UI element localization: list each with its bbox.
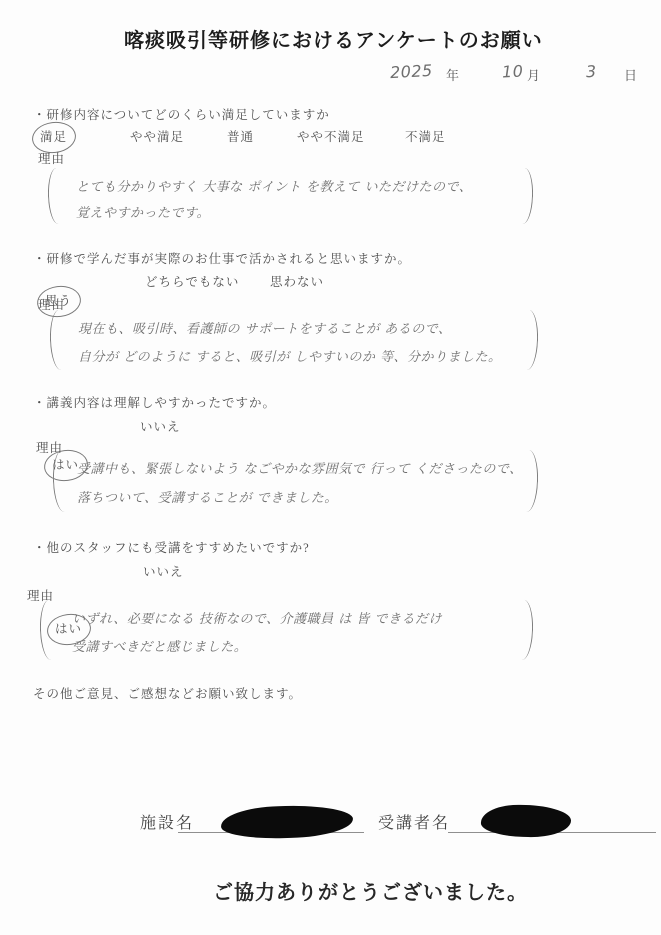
question-1-answer-line-2: 覚えやすかったです。: [76, 202, 210, 221]
survey-form-page: 喀痰吸引等研修におけるアンケートのお願い 2025 年 10 月 3 日 ・研修…: [0, 0, 661, 935]
thanks-message: ご協力ありがとうございました。: [213, 876, 528, 905]
question-1-reason-label: 理由: [38, 149, 65, 167]
question-2-answer-line-2: 自分が どのように すると、吸引が しやすいのか 等、分かりました。: [78, 346, 502, 365]
date-day-value: 3: [586, 62, 598, 82]
facility-name-label: 施設名: [140, 810, 194, 833]
question-4-answer-line-2: 受講すべきだと感じました。: [72, 636, 247, 655]
question-1-option-somewhat-satisfied: やや満足: [130, 127, 184, 145]
question-2-option-neither: どちらでもない: [145, 272, 239, 290]
question-1-text: ・研修内容についてどのくらい満足していますか: [33, 105, 330, 123]
answer-bracket-left-icon: [39, 600, 56, 660]
facility-name-redaction: [221, 804, 354, 839]
date-month-label: 月: [527, 65, 540, 84]
date-day-label: 日: [624, 65, 637, 84]
question-2-answer-box: 現在も、吸引時、看護師の サポートをすることが あるので、 自分が どのように …: [50, 310, 538, 372]
answer-bracket-left-icon: [47, 168, 64, 224]
question-4-answer-box: いずれ、必要になる 技術なので、介護職員 は 皆 できるだけ 受講すべきだと感じ…: [40, 600, 533, 662]
participant-name-redaction: [481, 804, 572, 838]
question-1-option-dissatisfied: 不満足: [405, 127, 446, 145]
question-1-answer-line-1: とても分かりやすく 大事な ポイント を教えて いただけたので、: [76, 176, 472, 195]
question-2-text: ・研修で学んだ事が実際のお仕事で活かされると思いますか。: [33, 249, 411, 267]
question-1-option-satisfied: 満足: [40, 127, 67, 145]
question-1: ・研修内容についてどのくらい満足していますか 満足 やや満足 普通 やや不満足 …: [0, 0, 661, 19]
answer-bracket-right-icon: [522, 310, 539, 370]
answer-bracket-left-icon: [49, 310, 66, 370]
question-3-text: ・講義内容は理解しやすかったですか。: [33, 393, 276, 411]
answer-bracket-right-icon: [522, 450, 539, 512]
answer-bracket-left-icon: [52, 450, 69, 512]
answer-bracket-right-icon: [517, 600, 534, 660]
question-2-answer-line-1: 現在も、吸引時、看護師の サポートをすることが あるので、: [78, 318, 452, 337]
question-4-answer-line-1: いずれ、必要になる 技術なので、介護職員 は 皆 できるだけ: [72, 608, 442, 627]
question-1-option-somewhat-dissatisfied: やや不満足: [297, 127, 365, 145]
answer-bracket-right-icon: [517, 168, 534, 224]
form-title: 喀痰吸引等研修におけるアンケートのお願い: [124, 24, 543, 53]
question-3-option-no: いいえ: [140, 417, 181, 435]
question-2-option-no: 思わない: [270, 272, 324, 290]
question-3-answer-box: 受講中も、緊張しないよう なごやかな雰囲気で 行って くださったので、 落ちつい…: [53, 450, 538, 514]
question-4-option-no: いいえ: [143, 562, 184, 580]
question-1-answer-box: とても分かりやすく 大事な ポイント を教えて いただけたので、 覚えやすかった…: [48, 168, 533, 226]
participant-name-label: 受講者名: [378, 810, 450, 833]
date-month-value: 10: [502, 61, 524, 81]
question-4: ・他のスタッフにも受講をすすめたいですか? はい いいえ 理由 いずれ、必要にな…: [0, 57, 661, 76]
question-4-text: ・他のスタッフにも受講をすすめたいですか?: [33, 538, 310, 556]
question-3-answer-line-2: 落ちついて、受講することが できました。: [77, 487, 338, 506]
question-3-answer-line-1: 受講中も、緊張しないよう なごやかな雰囲気で 行って くださったので、: [77, 458, 523, 477]
date-year-label: 年: [446, 65, 459, 84]
question-1-option-neutral: 普通: [227, 127, 254, 145]
date-year-value: 2025: [390, 61, 434, 82]
other-comments-label: その他ご意見、ご感想などお願い致します。: [33, 684, 302, 702]
